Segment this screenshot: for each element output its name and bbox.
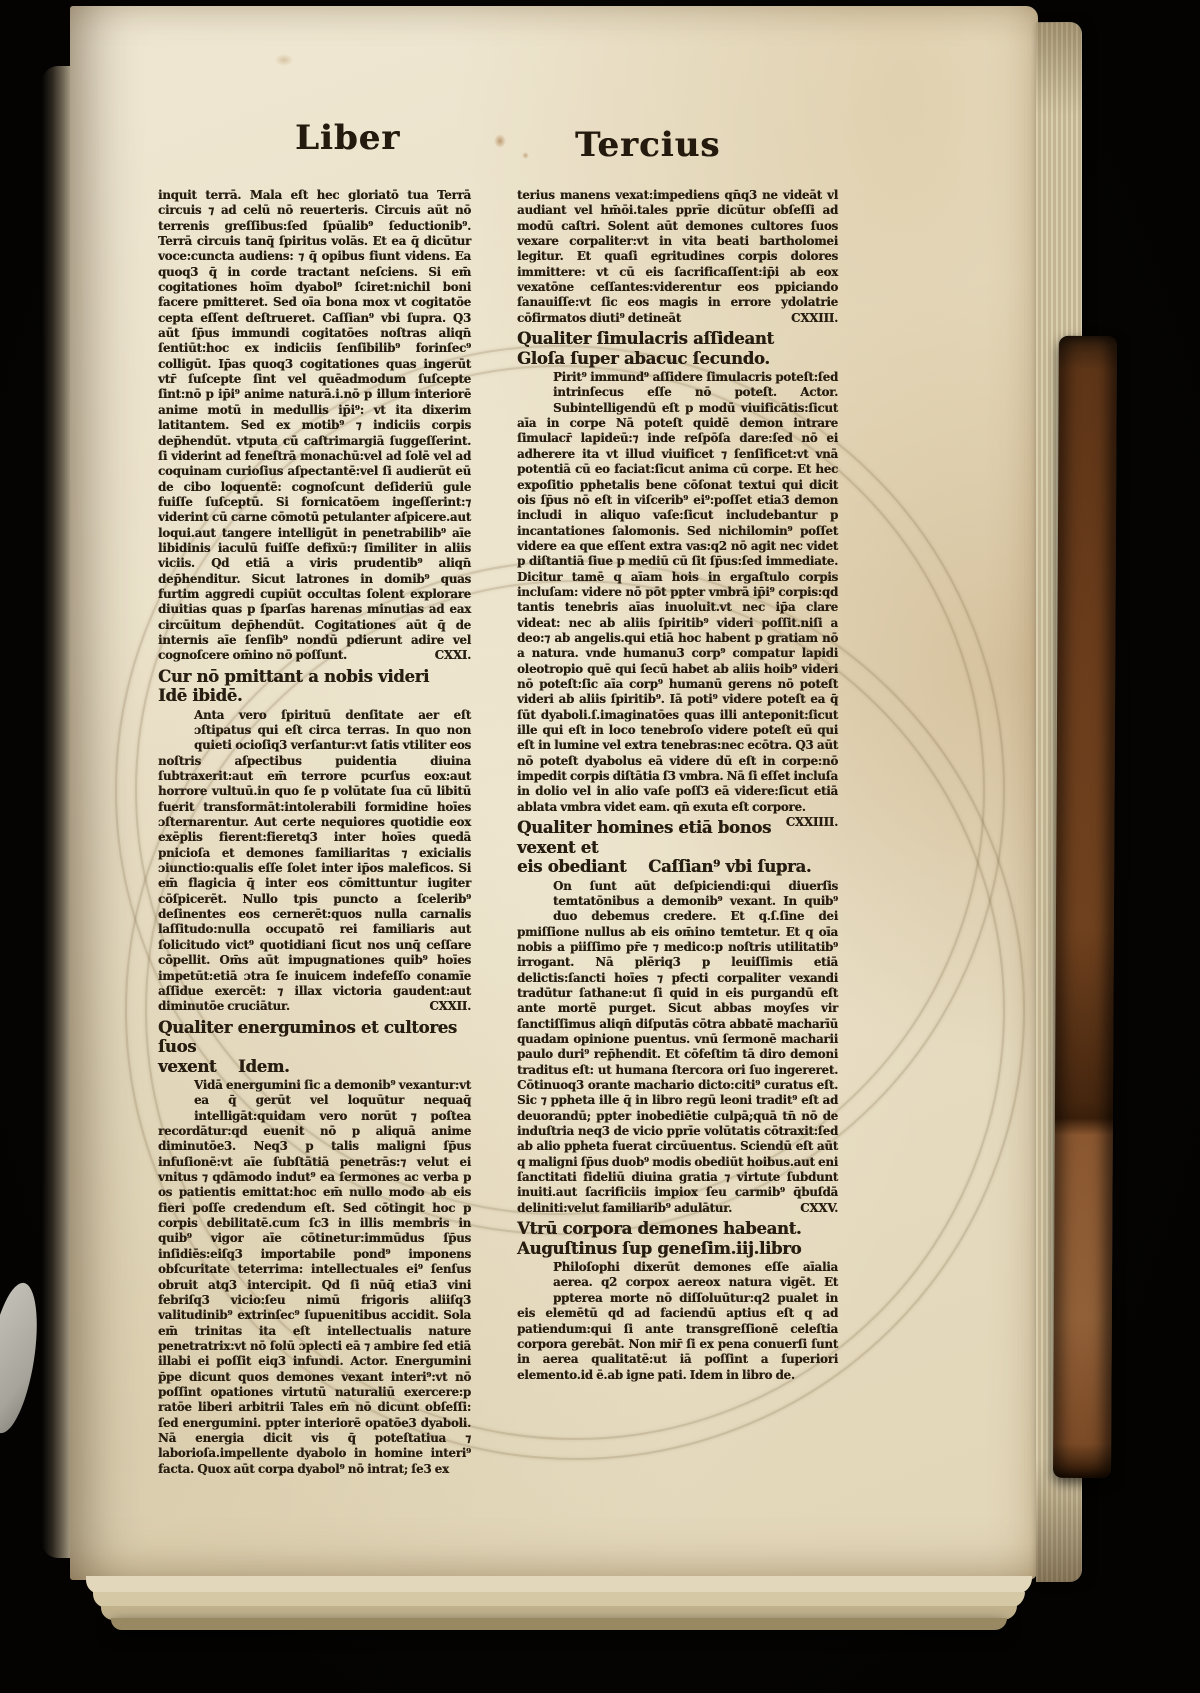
paragraph-text: inquit terrā. Mala eſt hec gloriatō tua … [158,188,471,662]
section-number: CXXIIII. [778,815,838,830]
paragraph-text: terius manens vexat:impediens qn̄q3 ne v… [517,188,838,325]
paragraph: inquit terrā. Mala eſt hec gloriatō tua … [158,188,471,664]
text-column-right: terius manens vexat:impediens qn̄q3 ne v… [517,188,838,1383]
paragraph: Pirit⁹ immund⁹ aſſidere ſimulacris poteſ… [517,370,838,815]
leather-strap [1053,336,1117,1478]
heading-line: Gloſa ſuper abacuc ſecundo. [517,349,770,368]
heading-line: vexent Idem. [158,1057,289,1076]
initial-space [517,1260,553,1306]
foxing-spot [275,54,293,66]
heading-line: Qualiter energuminos et cultores ſuos [158,1018,462,1057]
initial-space [158,1078,194,1124]
initial-space [517,879,553,925]
page-bottom-edge [111,1618,1007,1630]
paragraph-text: Pirit⁹ immund⁹ aſſidere ſimulacris poteſ… [517,370,838,814]
text-column-left: inquit terrā. Mala eſt hec gloriatō tua … [158,188,471,1477]
cloth-marker [0,1279,46,1436]
book-page: Liber Tercius inquit terrā. Mala eſt hec… [70,6,1038,1580]
section-number: CXXV. [792,1201,838,1216]
heading-line: Cur nō pmittant a nobis videri Idē ibidē… [158,667,445,706]
heading-line: Qualiter ſimulacris aſſideant [517,329,774,348]
book-gutter-pages [42,66,72,1558]
paragraph-text: Vidā energumini ſic a demonib⁹ vexantur:… [158,1078,471,1476]
section-heading: Cur nō pmittant a nobis videri Idē ibidē… [158,667,471,706]
paragraph: Philoſophi dixerūt demones eſſe aīalia a… [517,1260,838,1383]
page-bottom-edge [101,1606,1017,1620]
running-title-left: Liber [295,118,400,158]
section-heading: Qualiter energuminos et cultores ſuosvex… [158,1018,471,1077]
section-number: CXXIII. [783,311,838,326]
section-heading: Qualiter ſimulacris aſſideantGloſa ſuper… [517,329,838,368]
paragraph-text: Philoſophi dixerūt demones eſſe aīalia a… [517,1260,838,1381]
paragraph-text: Anta vero ſpirituū denſitate aer eſt ɔſt… [158,708,471,1014]
heading-line: Qualiter homines etiā bonos vexent et [517,818,776,857]
foxing-spot [522,152,529,159]
paragraph: On ſunt aūt deſpiciendi:qui diuerſis tem… [517,879,838,1217]
initial-space [158,708,194,754]
photo-background: Liber Tercius inquit terrā. Mala eſt hec… [0,0,1200,1693]
paragraph-text: On ſunt aūt deſpiciendi:qui diuerſis tem… [517,879,838,1215]
heading-line: Auguſtinus ſup geneſim.iij.libro [517,1239,801,1258]
running-title-right: Tercius [575,125,720,165]
heading-line: Vtrū corpora demones habeant. [517,1219,801,1238]
paragraph: terius manens vexat:impediens qn̄q3 ne v… [517,188,838,326]
section-number: CXXII. [421,999,471,1014]
foxing-spot [494,134,506,148]
paragraph: Anta vero ſpirituū denſitate aer eſt ɔſt… [158,708,471,1015]
paragraph: Vidā energumini ſic a demonib⁹ vexantur:… [158,1078,471,1477]
initial-space [517,370,553,416]
page-bottom-edge [93,1592,1025,1608]
section-number: CXXI. [427,648,471,663]
heading-line: eis obediant Caſſian⁹ vbi ſupra. [517,857,811,876]
section-heading: Vtrū corpora demones habeant.Auguſtinus … [517,1219,838,1258]
